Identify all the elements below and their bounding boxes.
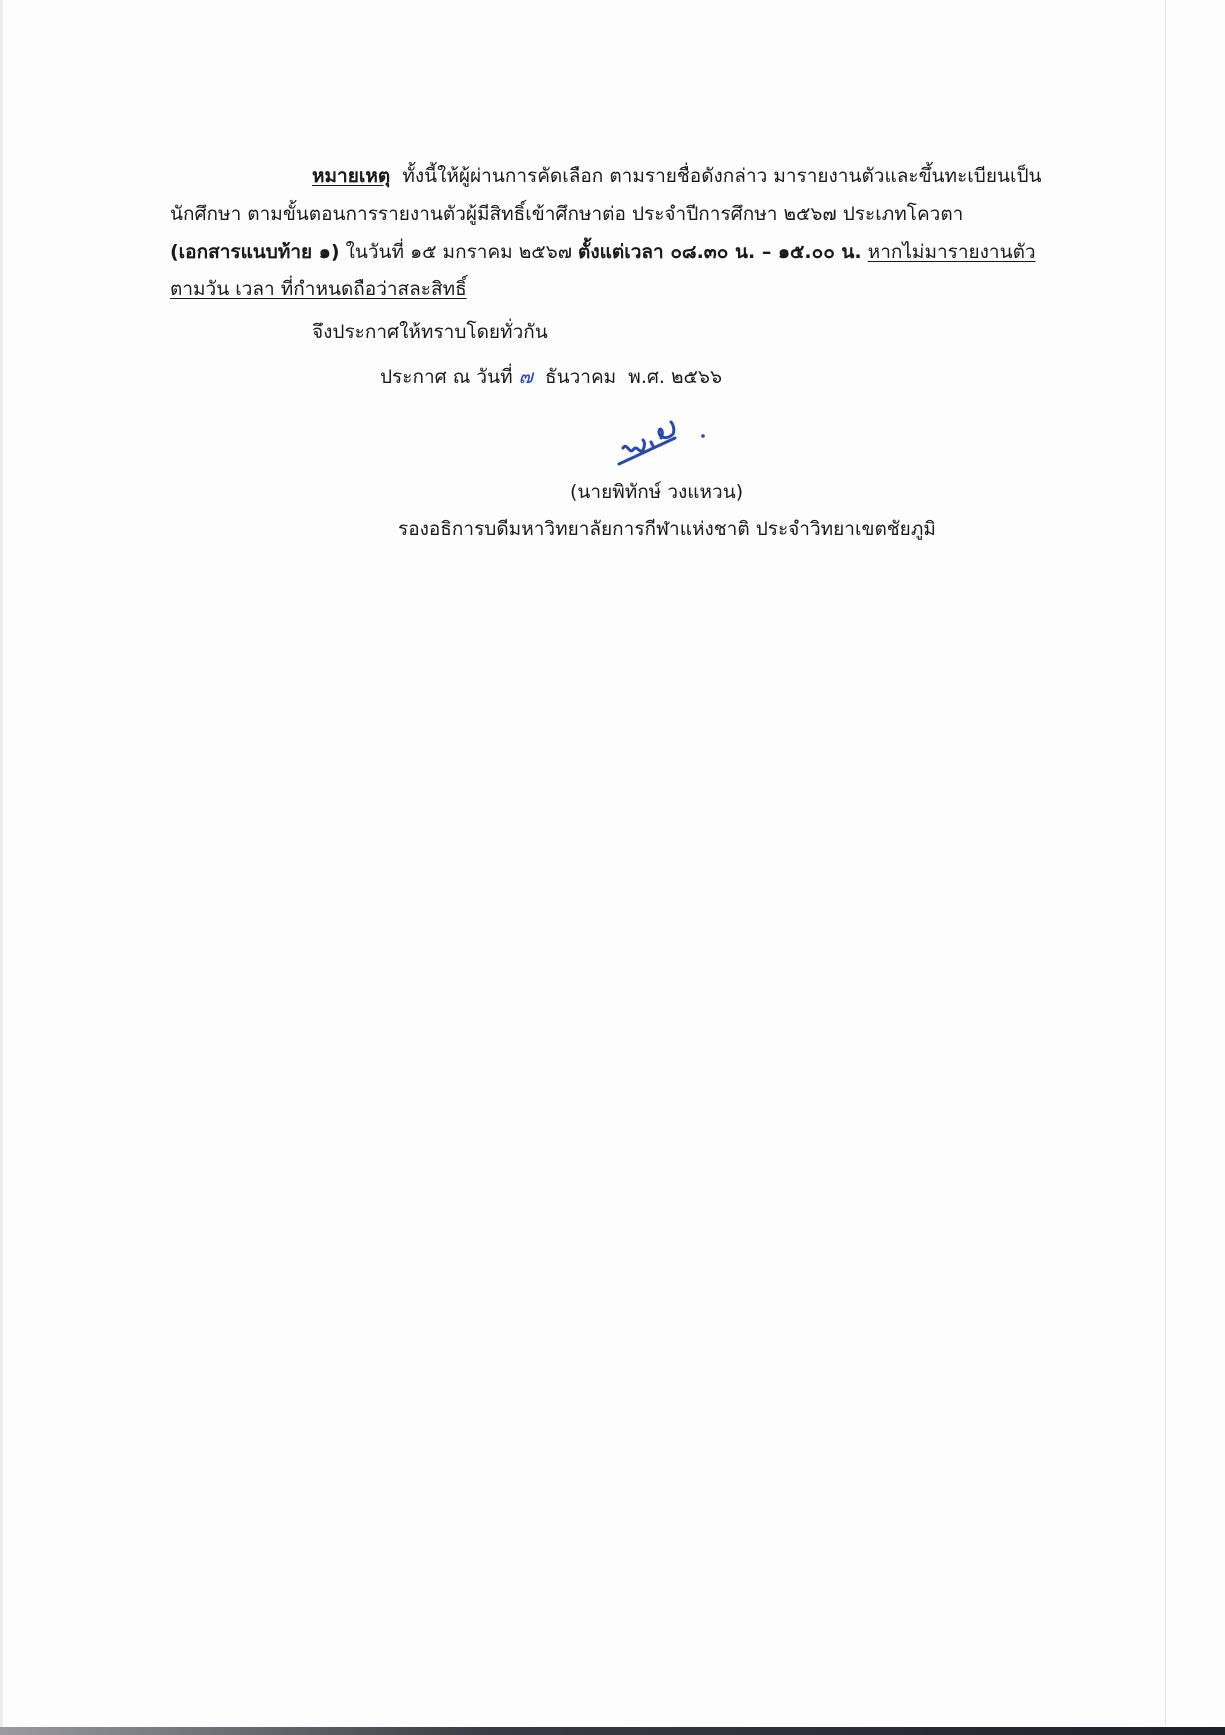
note-text-2: นักศึกษา ตามขั้นตอนการรายงานตัวผู้มีสิทธ… xyxy=(170,203,963,225)
date-line: ประกาศ ณ วันที่ ๗ ธันวาคม พ.ศ. ๒๕๖๖ xyxy=(380,363,722,391)
forfeit-warning-1: หากไม่มารายงานตัว xyxy=(868,241,1036,263)
signatory-position: รองอธิการบดีมหาวิทยาลัยการกีฬาแห่งชาติ ป… xyxy=(398,518,936,540)
announcement-line: จึงประกาศให้ทราบโดยทั่วกัน xyxy=(312,318,548,346)
signatory-name: (นายพิทักษ์ วงแหวน) xyxy=(570,481,743,503)
handwritten-day: ๗ xyxy=(519,366,533,388)
announcement-text: จึงประกาศให้ทราบโดยทั่วกัน xyxy=(312,321,548,343)
note-text-1: ทั้งนี้ให้ผู้ผ่านการคัดเลือก ตามรายชื่อด… xyxy=(402,165,1041,187)
scan-edge-left xyxy=(0,0,3,1735)
scan-edge-right xyxy=(1165,0,1166,1725)
note-line-4: ตามวัน เวลา ที่กำหนดถือว่าสละสิทธิ์ xyxy=(170,275,467,303)
date-prefix: ประกาศ ณ วันที่ xyxy=(380,366,513,388)
signatory-name-line: (นายพิทักษ์ วงแหวน) xyxy=(570,478,743,506)
date-month: ธันวาคม xyxy=(545,366,616,388)
report-date: ในวันที่ ๑๕ มกราคม ๒๕๖๗ xyxy=(346,241,572,263)
attachment-ref: (เอกสารแนบท้าย ๑) xyxy=(170,241,340,263)
document-page: หมายเหตุ ทั้งนี้ให้ผู้ผ่านการคัดเลือก ตา… xyxy=(0,0,1225,1735)
handwritten-signature xyxy=(615,420,735,470)
forfeit-warning-2: ตามวัน เวลา ที่กำหนดถือว่าสละสิทธิ์ xyxy=(170,278,467,300)
report-time: ตั้งแต่เวลา ๐๘.๓๐ น. – ๑๕.๐๐ น. xyxy=(578,241,862,263)
signatory-position-line: รองอธิการบดีมหาวิทยาลัยการกีฬาแห่งชาติ ป… xyxy=(398,515,936,543)
note-line-1: หมายเหตุ ทั้งนี้ให้ผู้ผ่านการคัดเลือก ตา… xyxy=(312,162,1042,190)
note-label: หมายเหตุ xyxy=(312,165,390,187)
date-year: พ.ศ. ๒๕๖๖ xyxy=(628,366,722,388)
note-line-2: นักศึกษา ตามขั้นตอนการรายงานตัวผู้มีสิทธ… xyxy=(170,200,963,228)
scan-edge-bottom xyxy=(0,1727,1225,1735)
note-line-3: (เอกสารแนบท้าย ๑) ในวันที่ ๑๕ มกราคม ๒๕๖… xyxy=(170,238,1036,266)
